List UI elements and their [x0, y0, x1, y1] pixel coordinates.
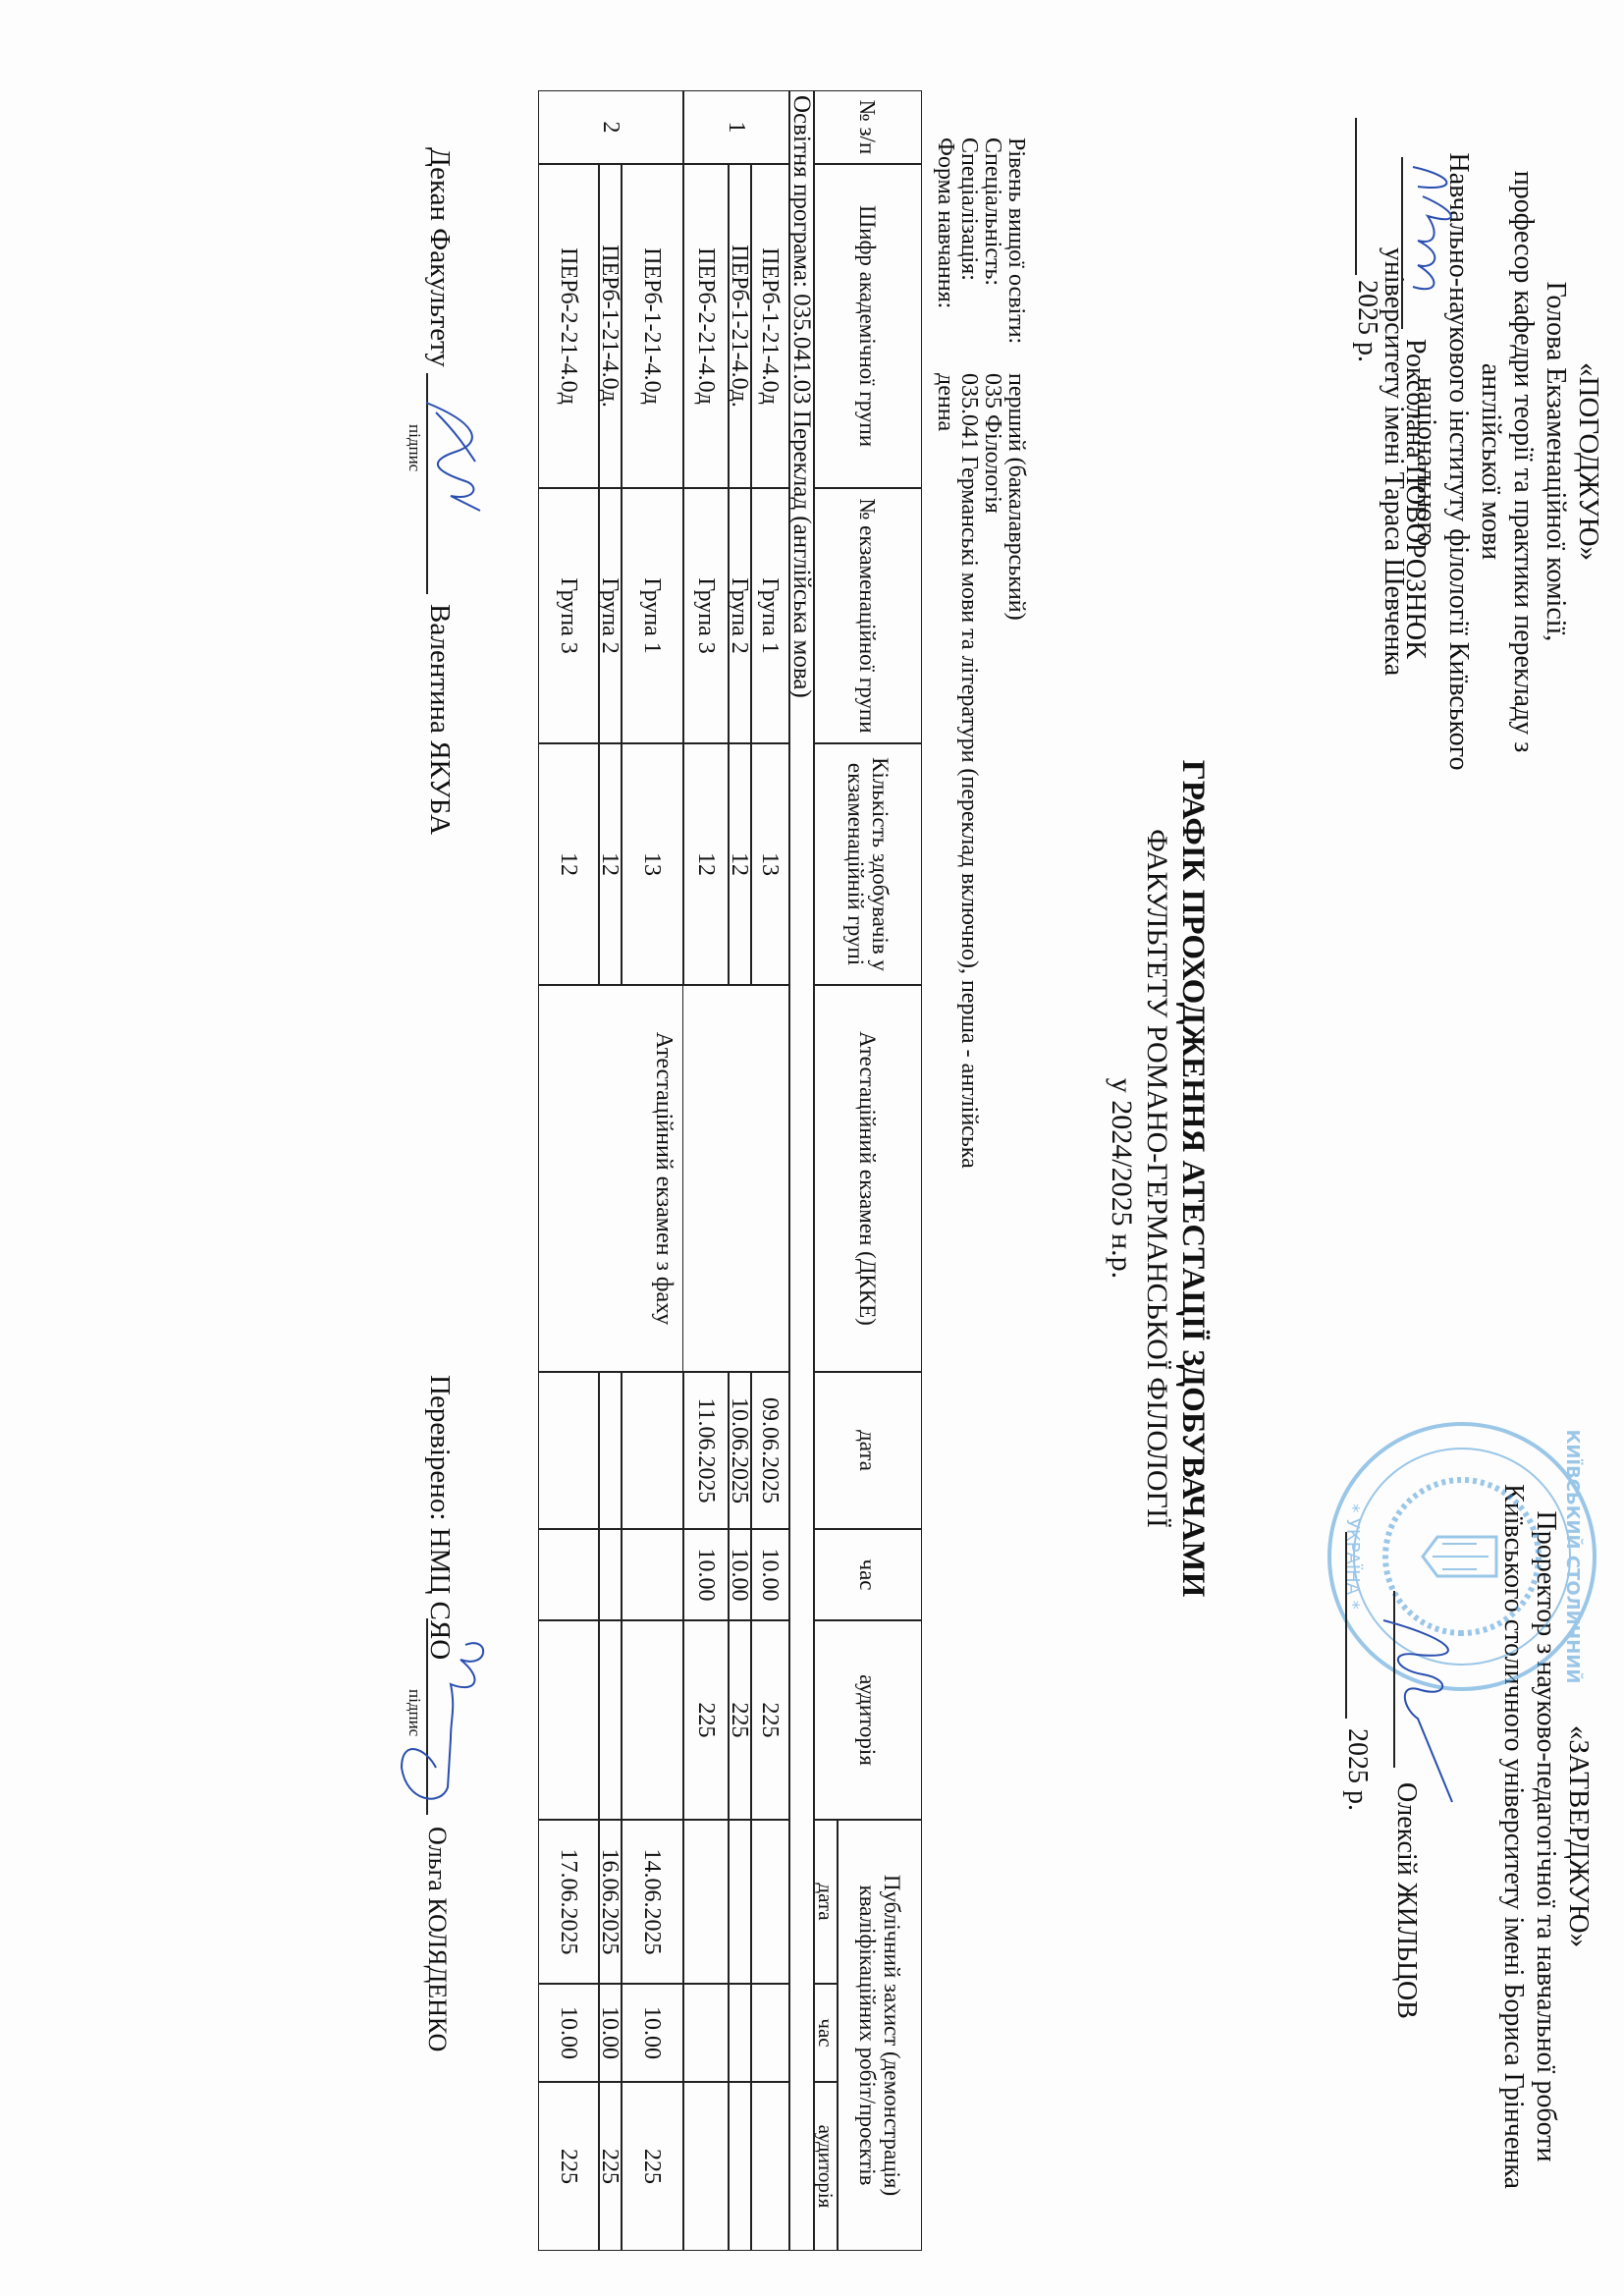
info-label: Рівень вищої освіти:: [1002, 137, 1029, 344]
table-cell-d-room: [683, 2082, 729, 2251]
table-cell-group: Група 3: [683, 488, 729, 743]
table-cell-count: 13: [622, 743, 683, 985]
table-cell-d-room: 225: [538, 2082, 599, 2251]
program-row: Освітня програма: 035.041.03 Переклад (а…: [789, 90, 814, 2251]
table-cell-group: Група 1: [622, 488, 683, 743]
table-cell-d-date: 17.06.2025: [538, 1820, 599, 1984]
table-cell-group: Група 2: [599, 488, 622, 743]
table-cell-room: [599, 1620, 622, 1820]
table-cell-date: 10.06.2025: [729, 1372, 751, 1529]
table-cell-d-time: [683, 1984, 729, 2082]
document-page: «ПОГОДЖУЮ» Голова Екзаменаційної комісії…: [0, 0, 1624, 2296]
table-cell-time: [622, 1529, 683, 1620]
table-cell-code: ПЕРб-1-21-4.0д: [622, 164, 683, 488]
table-cell-d-time: 10.00: [622, 1984, 683, 2082]
schedule-table: № з/п Шифр академічної групи № екзаменац…: [538, 90, 922, 2251]
table-cell-date: [538, 1372, 599, 1529]
header-student-count: Кількість здобувачів у екзаменаційній гр…: [814, 743, 922, 985]
header-defense: Публічний захист (демонстрація) кваліфік…: [838, 1820, 922, 2251]
approval-left-line: професор кафедри теорії та практики пере…: [1475, 108, 1540, 815]
approval-left-year: 2025 р.: [1351, 280, 1383, 362]
signature-line: [1401, 157, 1403, 329]
checked-name: Ольга КОЛЯДЕНКО: [422, 1827, 452, 2051]
block-num: 2: [538, 90, 683, 164]
table-cell-group: Група 2: [729, 488, 751, 743]
signature-line: [1393, 1591, 1395, 1768]
table-cell-group: Група 1: [751, 488, 789, 743]
table-cell-d-date: [729, 1820, 751, 1984]
table-cell-d-time: [751, 1984, 789, 2082]
approval-right-name: Олексій ЖИЛЬЦОВ: [1390, 1782, 1423, 2019]
table-cell-time: [538, 1529, 599, 1620]
table-cell-code: ПЕРб-2-21-4.0д: [683, 164, 729, 488]
table-cell-date: [622, 1372, 683, 1529]
table-cell-d-date: 16.06.2025: [599, 1820, 622, 1984]
table-cell-count: 12: [683, 743, 729, 985]
table-cell-d-time: [729, 1984, 751, 2082]
info-label: Спеціалізація:: [955, 137, 982, 281]
signature-line: [426, 373, 428, 594]
table-cell-date: 11.06.2025: [683, 1372, 729, 1529]
program-info: Рівень вищої освіти: перший (бакалаврськ…: [921, 137, 1029, 1512]
table-cell-code: ПЕРб-1-21-4.0д: [751, 164, 789, 488]
table-cell-d-date: [683, 1820, 729, 1984]
table-cell-count: 12: [729, 743, 751, 985]
dean-sign-hint: підпис: [405, 424, 424, 471]
table-cell-time: 10.00: [683, 1529, 729, 1620]
table-cell-d-room: [729, 2082, 751, 2251]
header-defense-time: час: [814, 1984, 838, 2082]
table-cell-code: ПЕРб-1-21-4.0д.: [729, 164, 751, 488]
table-cell-d-room: [751, 2082, 789, 2251]
table-cell-d-time: 10.00: [599, 1984, 622, 2082]
table-cell-code: ПЕРб-2-21-4.0д: [538, 164, 599, 488]
table-cell-time: [599, 1529, 622, 1620]
title-line-3: у 2024/2025 н.р.: [1104, 589, 1139, 1768]
approval-right-year: 2025 р.: [1341, 1728, 1374, 1811]
header-num: № з/п: [814, 90, 922, 164]
dean-name: Валентина ЯКУБА: [423, 604, 456, 835]
info-value: 035.041 Германські мови та літератури (п…: [955, 373, 982, 1169]
table-cell-time: 10.00: [729, 1529, 751, 1620]
title-line-1: ГРАФІК ПРОХОДЖЕННЯ АТЕСТАЦІЇ ЗДОБУВАЧАМИ: [1174, 589, 1212, 1768]
table-cell-room: 225: [683, 1620, 729, 1820]
info-value: денна: [932, 373, 958, 431]
exam-name-cell: [538, 985, 683, 1372]
header-defense-date: дата: [814, 1820, 838, 1984]
table-cell-date: 09.06.2025: [751, 1372, 789, 1529]
table-cell-count: 12: [538, 743, 599, 985]
table-cell-d-date: 14.06.2025: [622, 1820, 683, 1984]
signature-line: [426, 1618, 428, 1815]
header-exam-room: аудиторія: [814, 1620, 922, 1820]
header-exam-date: дата: [814, 1372, 922, 1529]
table-cell-room: 225: [729, 1620, 751, 1820]
approval-left-name: Роксолана ПОВОРОЗНЮК: [1399, 339, 1432, 712]
header-exam-group: № екзаменаційної групи: [814, 488, 922, 743]
table-cell-d-room: 225: [599, 2082, 622, 2251]
table-cell-d-room: 225: [622, 2082, 683, 2251]
block-num: 1: [683, 90, 789, 164]
university-stamp-icon: КИЇВСЬКИЙ СТОЛИЧНИЙ * УКРАЇНА *: [1320, 1414, 1604, 1699]
svg-text:КИЇВСЬКИЙ СТОЛИЧНИЙ: КИЇВСЬКИЙ СТОЛИЧНИЙ: [1562, 1430, 1584, 1684]
title-line-2: ФАКУЛЬТЕТУ РОМАНО-ГЕРМАНСЬКОЇ ФІЛОЛОГІЇ: [1139, 589, 1174, 1768]
document-title: ГРАФІК ПРОХОДЖЕННЯ АТЕСТАЦІЇ ЗДОБУВАЧАМИ…: [1104, 589, 1212, 1768]
info-value: 035 Філологія: [979, 373, 1005, 514]
table-cell-group: Група 3: [538, 488, 599, 743]
header-exam-time: час: [814, 1529, 922, 1620]
dean-label: Декан Факультету: [423, 147, 456, 367]
approval-left-heading: «ПОГОДЖУЮ»: [1572, 108, 1604, 815]
checked-sign-hint: підпис: [405, 1689, 424, 1736]
info-label: Спеціальність:: [979, 137, 1005, 286]
table-cell-date: [599, 1372, 622, 1529]
date-line: [1345, 1532, 1347, 1719]
table-cell-room: 225: [751, 1620, 789, 1820]
approval-left-line: Голова Екзаменаційної комісії,: [1540, 108, 1572, 815]
table-cell-d-time: 10.00: [538, 1984, 599, 2082]
table-cell-room: [538, 1620, 599, 1820]
info-label: Форма навчання:: [932, 137, 958, 308]
header-group-code: Шифр академічної групи: [814, 164, 922, 488]
table-cell-room: [622, 1620, 683, 1820]
checked-label: Перевірено: НМЦ СЯО: [423, 1375, 456, 1660]
table-cell-d-date: [751, 1820, 789, 1984]
header-exam: Атестаційний екзамен (ДККЕ): [814, 985, 922, 1372]
table-cell-count: 12: [599, 743, 622, 985]
table-cell-time: 10.00: [751, 1529, 789, 1620]
info-value: перший (бакалаврський): [1002, 373, 1029, 621]
table-cell-code: ПЕРб-1-21-4.0д.: [599, 164, 622, 488]
table-cell-count: 13: [751, 743, 789, 985]
header-defense-room: аудиторія: [814, 2082, 838, 2251]
date-line: [1355, 118, 1357, 275]
